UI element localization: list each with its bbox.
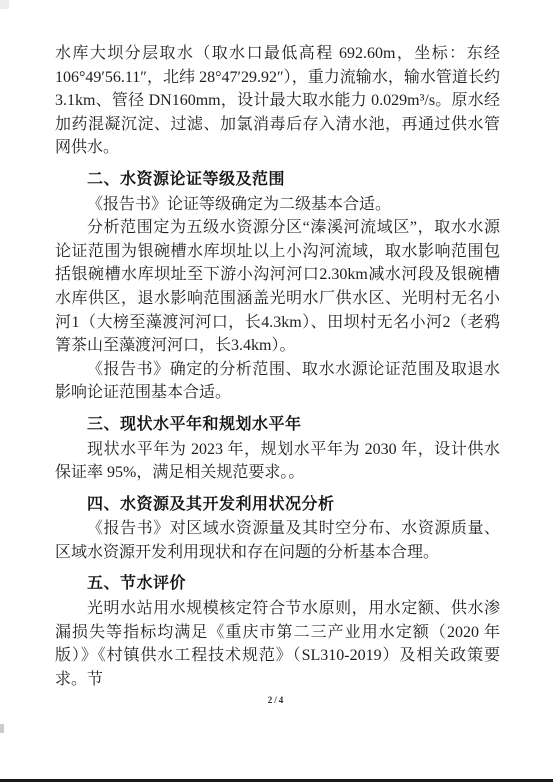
scan-artifact [0, 0, 9, 9]
section-heading: 四、水资源及其开发利用状况分析 [55, 493, 500, 517]
section-heading: 二、水资源论证等级及范围 [55, 168, 500, 192]
page-number: 2/4 [0, 689, 553, 713]
scan-artifact [0, 724, 4, 733]
section-heading: 三、现状水平年和规划水平年 [55, 413, 500, 437]
paragraph: 光明水站用水规模核定符合节水原则，用水定额、供水渗漏损失等指标均满足《重庆市第二… [55, 597, 500, 691]
document-content: 水库大坝分层取水（取水口最低高程 692.60m，坐标：东经 106°49′56… [55, 42, 500, 691]
paragraph: 《报告书》论证等级确定为二级基本合适。 [55, 193, 500, 217]
paragraph: 水库大坝分层取水（取水口最低高程 692.60m，坐标：东经 106°49′56… [55, 42, 500, 160]
section-heading: 五、节水评价 [55, 572, 500, 596]
paragraph: 《报告书》对区域水资源量及其时空分布、水资源质量、区域水资源开发利用现状和存在问… [55, 517, 500, 564]
document-page: 水库大坝分层取水（取水口最低高程 692.60m，坐标：东经 106°49′56… [0, 0, 553, 782]
paragraph: 《报告书》确定的分析范围、取水水源论证范围及取退水影响论证范围基本合适。 [55, 358, 500, 405]
paragraph: 分析范围定为五级水资源分区“溱溪河流域区”，取水水源论证范围为银碗槽水库坝址以上… [55, 216, 500, 358]
paragraph: 现状水平年为 2023 年，规划水平年为 2030 年，设计供水保证率 95%，… [55, 438, 500, 485]
